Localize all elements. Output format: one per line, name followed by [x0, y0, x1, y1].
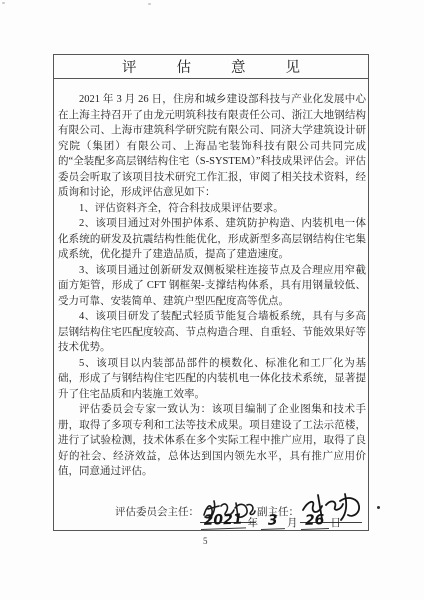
paragraph-item-2: 2、该项目通过对外围护体系、建筑防护构造、内装机电一体化系统的研发及抗震结构性能…: [58, 216, 366, 263]
scanned-page: 评估意见 2021 年 3 月 26 日，住房和城乡建设部科技与产业化发展中心在…: [0, 0, 424, 600]
date-month-handwritten: 3: [260, 513, 285, 530]
date-day-unit: 日: [329, 517, 345, 530]
title-row: 评估意见: [54, 55, 368, 79]
evaluation-opinion-box: 评估意见 2021 年 3 月 26 日，住房和城乡建设部科技与产业化发展中心在…: [53, 54, 369, 531]
ink-dot: [377, 506, 380, 509]
paragraph-item-4: 4、该项目研发了装配式轻质节能复合墙板系统，具有与多高层钢结构住宅匹配度较高、节…: [58, 309, 366, 356]
date-year-unit: 年: [246, 517, 262, 530]
paragraph-intro: 2021 年 3 月 26 日，住房和城乡建设部科技与产业化发展中心在上海主持召…: [58, 92, 366, 201]
date-month-unit: 月: [285, 517, 301, 530]
page-number: 5: [203, 536, 208, 546]
scan-speck: [2, 2, 5, 4]
paragraph-conclusion: 评估委员会专家一致认为：该项目编制了企业图集和技术手册，取得了多项专利和工法等技…: [58, 402, 366, 480]
date-year-handwritten: 2021: [200, 512, 245, 530]
paragraph-item-5: 5、该项目以内装部品部件的模数化、标准化和工厂化为基础，形成了与钢结构住宅匹配的…: [58, 356, 366, 403]
scan-speck: [148, 3, 151, 5]
page-title: 评估意见: [122, 56, 340, 77]
date-day-handwritten: 26: [300, 513, 329, 530]
date-row: 2021 年 3 月 26 日: [201, 514, 344, 530]
chairman-label: 评估委员会主任：: [115, 506, 199, 523]
paragraph-item-3: 3、该项目通过创新研发双侧板梁柱连接节点及合理应用窄截面方矩管，形成了 CFT …: [58, 263, 366, 310]
paragraph-item-1: 1、评估资料齐全，符合科技成果评估要求。: [58, 201, 366, 217]
opinion-body: 2021 年 3 月 26 日，住房和城乡建设部科技与产业化发展中心在上海主持召…: [58, 80, 366, 480]
